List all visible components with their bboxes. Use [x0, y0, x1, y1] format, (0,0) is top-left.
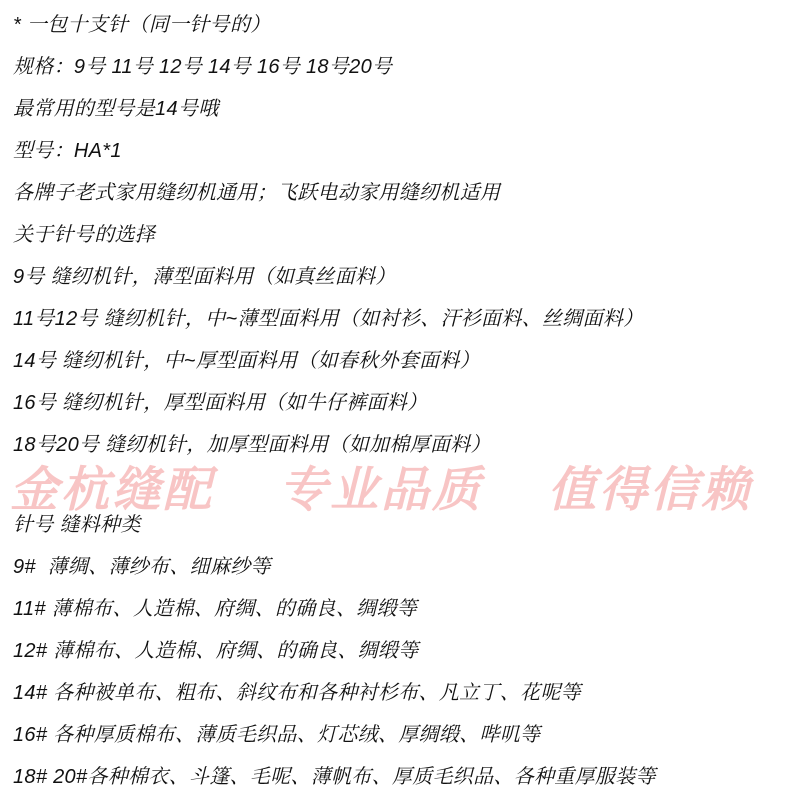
description-line-compatibility: 各牌子老式家用缝纫机通用；飞跃电动家用缝纫机适用: [13, 172, 800, 214]
fabric-line-12: 12# 薄棉布、人造棉、府绸、的确良、绸缎等: [13, 630, 800, 672]
description-line-selection-heading: 关于针号的选择: [13, 214, 800, 256]
description-line-needle-11-12: 11号12号 缝纫机针，中~薄型面料用（如衬衫、汗衫面料、丝绸面料）: [13, 298, 800, 340]
fabric-line-11: 11# 薄棉布、人造棉、府绸、的确良、绸缎等: [13, 588, 800, 630]
description-line-needle-16: 16号 缝纫机针，厚型面料用（如牛仔裤面料）: [13, 382, 800, 424]
watermark-trust-text: 值得信赖: [548, 451, 752, 520]
description-line-model-number: 型号：HA*1: [13, 130, 800, 172]
description-line-needle-9: 9号 缝纫机针，薄型面料用（如真丝面料）: [13, 256, 800, 298]
watermark-quality-text: 专业品质: [279, 451, 483, 520]
fabric-line-16: 16# 各种厚质棉布、薄质毛织品、灯芯绒、厚绸缎、哔叽等: [13, 714, 800, 756]
watermark: 金杭缝配 专业品质 值得信赖: [10, 466, 752, 504]
product-description-page: * 一包十支针（同一针号的） 规格：9号 11号 12号 14号 16号 18号…: [0, 0, 800, 800]
fabric-line-18-20: 18# 20#各种棉衣、斗篷、毛呢、薄帆布、厚质毛织品、各种重厚服装等: [13, 756, 800, 798]
fabric-line-14: 14# 各种被单布、粗布、斜纹布和各种衬杉布、凡立丁、花呢等: [13, 672, 800, 714]
description-line-specs: 规格：9号 11号 12号 14号 16号 18号20号: [13, 46, 800, 88]
description-line-pack-info: * 一包十支针（同一针号的）: [13, 4, 800, 46]
description-line-common-model: 最常用的型号是14号哦: [13, 88, 800, 130]
description-line-needle-14: 14号 缝纫机针，中~厚型面料用（如春秋外套面料）: [13, 340, 800, 382]
fabric-line-9: 9# 薄绸、薄纱布、细麻纱等: [13, 546, 800, 588]
